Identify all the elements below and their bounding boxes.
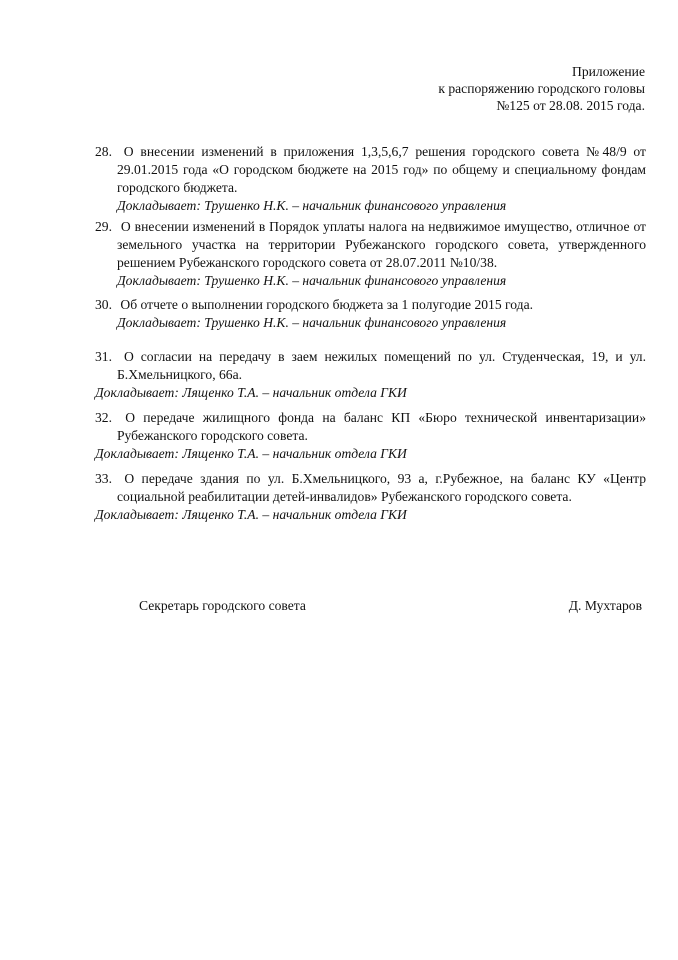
appendix-reference: к распоряжению городского головы xyxy=(438,80,645,97)
appendix-header: Приложение к распоряжению городского гол… xyxy=(438,63,645,114)
speaker-line: Докладывает: Трушенко Н.К. – начальник ф… xyxy=(95,314,646,332)
agenda-item-text: 31. О согласии на передачу в заем нежилы… xyxy=(95,348,646,366)
speaker-line: Докладывает: Лященко Т.А. – начальник от… xyxy=(95,445,646,463)
agenda-item-number: 33. xyxy=(95,470,117,488)
speaker-line: Докладывает: Трушенко Н.К. – начальник ф… xyxy=(95,197,646,215)
agenda-item-number: 29. xyxy=(95,218,117,236)
agenda-item-number: 30. xyxy=(95,296,117,314)
agenda-item-text: городского бюджета. xyxy=(95,179,646,197)
signature-name: Д. Мухтаров xyxy=(569,597,642,615)
agenda-item-28: 28. О внесении изменений в приложения 1,… xyxy=(95,143,646,215)
agenda-item-text: 32. О передаче жилищного фонда на баланс… xyxy=(95,409,646,427)
agenda-item-text: Б.Хмельницкого, 66а. xyxy=(95,366,646,384)
signature-title: Секретарь городского совета xyxy=(139,597,306,615)
agenda-item-text: 30. Об отчете о выполнении городского бю… xyxy=(95,296,646,314)
agenda-item-29: 29. О внесении изменений в Порядок уплат… xyxy=(95,218,646,290)
agenda-item-text: решением Рубежанского городского совета … xyxy=(95,254,646,272)
agenda-item-32: 32. О передаче жилищного фонда на баланс… xyxy=(95,409,646,463)
agenda-item-number: 32. xyxy=(95,409,117,427)
agenda-item-number: 28. xyxy=(95,143,117,161)
agenda-item-text: Рубежанского городского совета. xyxy=(95,427,646,445)
appendix-title: Приложение xyxy=(438,63,645,80)
agenda-item-33: 33. О передаче здания по ул. Б.Хмельницк… xyxy=(95,470,646,524)
agenda-item-30: 30. Об отчете о выполнении городского бю… xyxy=(95,296,646,332)
speaker-line: Докладывает: Трушенко Н.К. – начальник ф… xyxy=(95,272,646,290)
agenda-item-text: 29.01.2015 года «О городском бюджете на … xyxy=(95,161,646,179)
agenda-item-text: земельного участка на территории Рубежан… xyxy=(95,236,646,254)
agenda-item-text: 29. О внесении изменений в Порядок уплат… xyxy=(95,218,646,236)
speaker-line: Докладывает: Лященко Т.А. – начальник от… xyxy=(95,506,646,524)
agenda-item-text: социальной реабилитации детей-инвалидов»… xyxy=(95,488,646,506)
agenda-item-31: 31. О согласии на передачу в заем нежилы… xyxy=(95,348,646,402)
agenda-item-text: 33. О передаче здания по ул. Б.Хмельницк… xyxy=(95,470,646,488)
speaker-line: Докладывает: Лященко Т.А. – начальник от… xyxy=(95,384,646,402)
agenda-item-text: 28. О внесении изменений в приложения 1,… xyxy=(95,143,646,161)
appendix-order-number: №125 от 28.08. 2015 года. xyxy=(438,97,645,114)
agenda-item-number: 31. xyxy=(95,348,117,366)
